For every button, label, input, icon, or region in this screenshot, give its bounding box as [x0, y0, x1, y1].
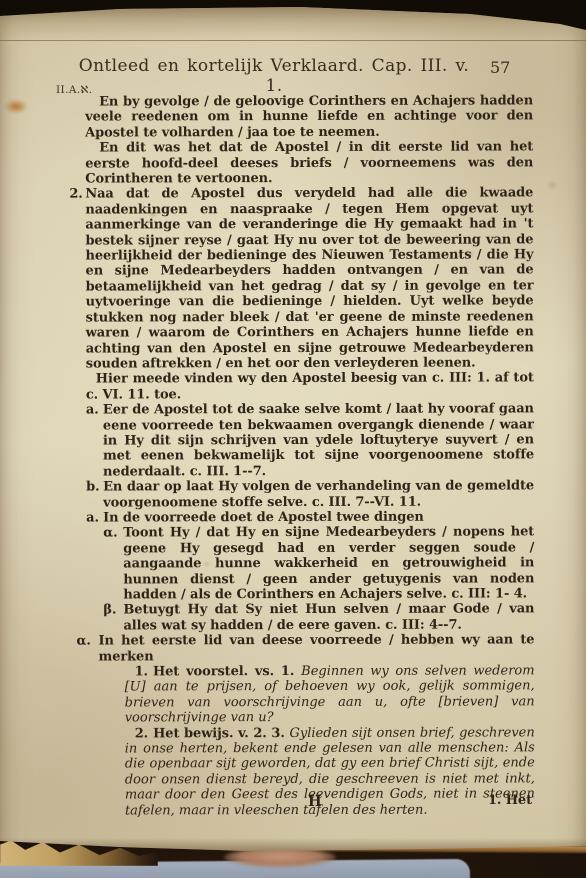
book-top-edge: [0, 0, 586, 41]
outline-item: b. En daar op laat Hy volgen de verhande…: [86, 479, 534, 511]
outline-item: α. Toont Hy / dat Hy en sijne Medearbeyd…: [103, 525, 534, 603]
page-number: 57: [490, 58, 510, 77]
signature-mark: H: [308, 793, 322, 810]
paragraph: En dit was het dat de Apostel / in dit e…: [85, 140, 533, 187]
outline-item: 1.Het voorstel. vs. 1. Beginnen wy ons s…: [125, 663, 535, 726]
item-marker: β.: [103, 603, 123, 634]
book-photo: Ontleed en kortelijk Verklaard. Cap. III…: [0, 0, 586, 878]
body-text: En by gevolge / de geloovige Corinthers …: [59, 93, 535, 818]
item-text: Eer de Apostel tot de saake selve komt /…: [103, 402, 534, 480]
item-heading: Het voorstel. vs. 1.: [153, 664, 301, 679]
item-marker: α.: [103, 526, 123, 603]
outline-item: a. Eer de Apostel tot de saake selve kom…: [86, 402, 534, 480]
item-text: Naa dat de Apostel dus verydeld had alle…: [85, 186, 533, 372]
item-marker: a.: [86, 510, 103, 525]
running-header: Ontleed en kortelijk Verklaard. Cap. III…: [70, 56, 478, 96]
item-text: En daar op laat Hy volgen de verhandelin…: [103, 479, 534, 511]
item-text: Toont Hy / dat Hy en sijne Medearbeyders…: [123, 525, 534, 603]
outline-item: β. Betuygt Hy dat Sy niet Hun selven / m…: [103, 602, 534, 634]
item-text: In het eerste lid van deese voorreede / …: [98, 633, 534, 665]
item-marker: 2.: [135, 726, 148, 741]
item-marker: a.: [86, 403, 103, 480]
paragraph: Hier meede vinden wy den Apostel beesig …: [86, 371, 534, 403]
item-text: In de voorreede doet de Apostel twee din…: [103, 509, 534, 526]
item-text: Betuygt Hy dat Sy niet Hun selven / maar…: [123, 602, 534, 634]
catchword: 1. Het: [488, 793, 532, 808]
item-marker: 2.: [69, 187, 85, 372]
item-heading: Het bewijs. v. 2. 3.: [153, 726, 289, 741]
footer-line: H 1. Het: [60, 793, 534, 811]
outline-item: α. In het eerste lid van deese voorreede…: [76, 633, 534, 665]
outline-item: 2. Naa dat de Apostel dus verydeld had a…: [69, 186, 533, 372]
item-marker: 1.: [135, 664, 148, 679]
page-edge-roll: [224, 848, 336, 867]
item-marker: α.: [76, 634, 98, 665]
foxing-spot: [548, 182, 556, 188]
paragraph: En by gevolge / de geloovige Corinthers …: [85, 93, 533, 140]
stain-spot: [4, 99, 28, 114]
outline-item: a. In de voorreede doet de Apostel twee …: [86, 509, 534, 526]
item-marker: b.: [86, 480, 103, 511]
book-page: Ontleed en kortelijk Verklaard. Cap. III…: [0, 0, 586, 878]
